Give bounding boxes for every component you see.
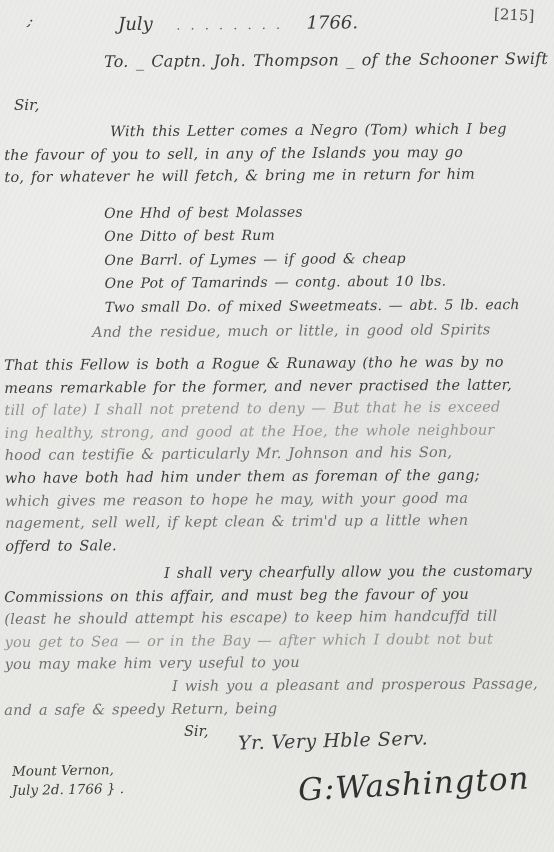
signature: G:Washington (297, 759, 549, 808)
letter-line: That this Fellow is both a Rogue & Runaw… (4, 351, 552, 377)
date-line: July 2d. 1766 } . (12, 781, 124, 799)
header-year: 1766. (306, 12, 358, 33)
letter-line: and a safe & speedy Return, being (4, 696, 552, 722)
header-dot-leaders: . . . . . . . . (161, 18, 299, 34)
letter-line: With this Letter comes a Negro (Tom) whi… (4, 118, 552, 144)
letter-line: I shall very chearfully allow you the cu… (4, 560, 552, 586)
goods-item: Two small Do. of mixed Sweetmeats. — abt… (105, 293, 553, 320)
header-dateline: July . . . . . . . . 1766. (118, 12, 358, 35)
salutation: Sir, (14, 96, 39, 114)
goods-item: One Barrl. of Lymes — if good & cheap (104, 247, 552, 274)
closing-sir: Sir, (184, 724, 209, 740)
letter-line: ing healthy, strong, and good at the Hoe… (4, 419, 552, 445)
letter-line: I wish you a pleasant and prosperous Pas… (4, 673, 552, 699)
page-number-marker: [215] (493, 5, 534, 25)
goods-item: One Pot of Tamarinds — contg. about 10 l… (104, 270, 552, 297)
header-month: July (118, 14, 153, 35)
address-line: To. _ Captn. Joh. Thompson _ of the Scho… (104, 49, 554, 71)
letter-line: offerd to Sale. (5, 532, 553, 558)
goods-item: One Hhd of best Molasses (104, 200, 552, 227)
place-line: Mount Vernon, (12, 762, 114, 780)
paragraph-farewell: I wish you a pleasant and prosperous Pas… (4, 673, 552, 722)
letter-line: who have both had him under them as fore… (5, 464, 553, 490)
ink-stray-mark: ; (26, 12, 35, 31)
paragraph-commission: I shall very chearfully allow you the cu… (4, 560, 553, 677)
paragraph-description: That this Fellow is both a Rogue & Runaw… (4, 351, 553, 558)
manuscript-page: ; July . . . . . . . . 1766. [215] To. _… (0, 0, 554, 852)
letter-line: to, for whatever he will fetch, & bring … (4, 163, 552, 189)
paragraph-intro: With this Letter comes a Negro (Tom) whi… (4, 118, 552, 190)
valediction: Yr. Very Hble Serv. (238, 728, 429, 755)
goods-item: One Ditto of best Rum (104, 223, 552, 250)
goods-residue-line: And the residue, much or little, in good… (92, 322, 491, 341)
goods-list: One Hhd of best Molasses One Ditto of be… (104, 200, 553, 320)
letter-line: you get to Sea — or in the Bay — after w… (4, 628, 552, 654)
